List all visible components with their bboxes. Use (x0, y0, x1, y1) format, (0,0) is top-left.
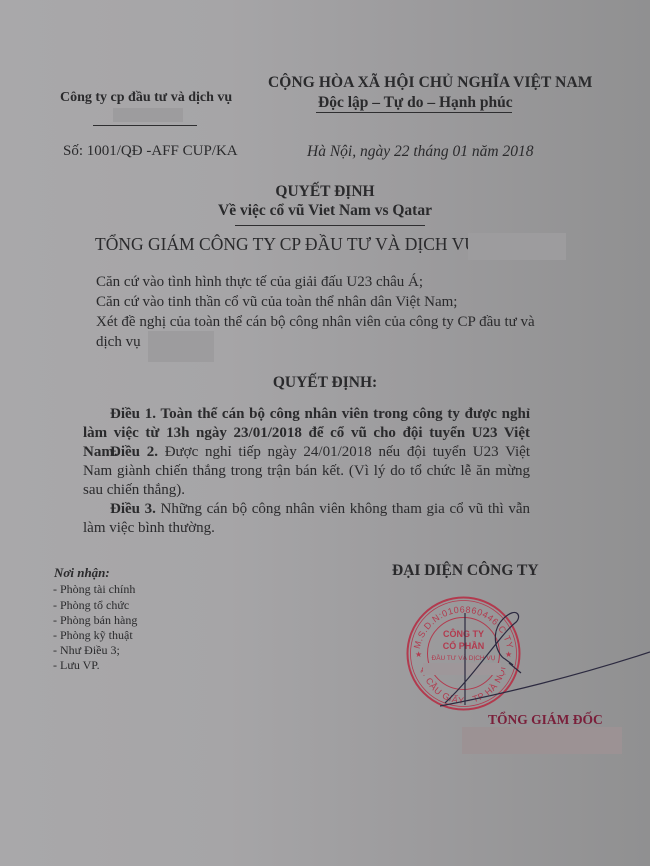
company-name: Công ty cp đầu tư và dịch vụ (60, 90, 232, 106)
redacted-company-name (113, 108, 183, 122)
national-motto: Độc lập – Tự do – Hạnh phúc (318, 94, 513, 112)
recipient-item: - Lưu VP. (53, 658, 100, 673)
basis-line-3: Xét đề nghị của toàn thể cán bộ công nhâ… (96, 314, 535, 331)
basis-line-1: Căn cứ vào tình hình thực tế của giải đấ… (96, 274, 423, 291)
document-number: Số: 1001/QĐ -AFF CUP/KA (63, 143, 238, 160)
article-2: Điều 2. Được nghỉ tiếp ngày 24/01/2018 n… (83, 443, 530, 500)
ceo-title: TỔNG GIÁM ĐỐC (488, 712, 603, 728)
article-3: Điều 3. Những cán bộ công nhân viên khôn… (83, 500, 530, 538)
subtitle-underline (235, 225, 425, 226)
redacted-basis-company (148, 331, 214, 362)
recipient-item: - Phòng tổ chức (53, 598, 129, 613)
article-2-label: Điều 2. (110, 444, 158, 460)
recipients-title: Nơi nhận: (54, 565, 110, 581)
recipient-item: - Như Điều 3; (53, 643, 120, 658)
motto-underline (316, 112, 512, 113)
article-1-label: Điều 1. (110, 406, 156, 422)
basis-line-2: Căn cứ vào tinh thần cổ vũ của toàn thể … (96, 294, 457, 311)
decision-heading: QUYẾT ĐỊNH: (0, 374, 650, 392)
recipient-item: - Phòng kỹ thuật (53, 628, 133, 643)
document-title: QUYẾT ĐỊNH (0, 183, 650, 201)
document-subtitle: Về việc cổ vũ Viet Nam vs Qatar (0, 202, 650, 220)
company-representative: ĐẠI DIỆN CÔNG TY (392, 562, 539, 580)
svg-text:★: ★ (415, 650, 422, 659)
company-underline (93, 125, 197, 126)
signature-stroke-icon (440, 640, 650, 710)
nation-title: CỘNG HÒA XÃ HỘI CHỦ NGHĨA VIỆT NAM (268, 74, 593, 92)
redacted-authority-name (468, 233, 566, 260)
recipient-item: - Phòng tài chính (53, 582, 135, 597)
issuing-authority: TỔNG GIÁM CÔNG TY CP ĐẦU TƯ VÀ DỊCH VỤ (95, 234, 477, 255)
redacted-ceo-name (462, 727, 622, 754)
recipient-item: - Phòng bán hàng (53, 613, 137, 628)
place-date: Hà Nội, ngày 22 tháng 01 năm 2018 (307, 143, 533, 161)
basis-line-4: dịch vụ (96, 334, 141, 351)
svg-text:CÔNG TY: CÔNG TY (443, 628, 484, 639)
article-3-label: Điều 3. (110, 501, 156, 517)
